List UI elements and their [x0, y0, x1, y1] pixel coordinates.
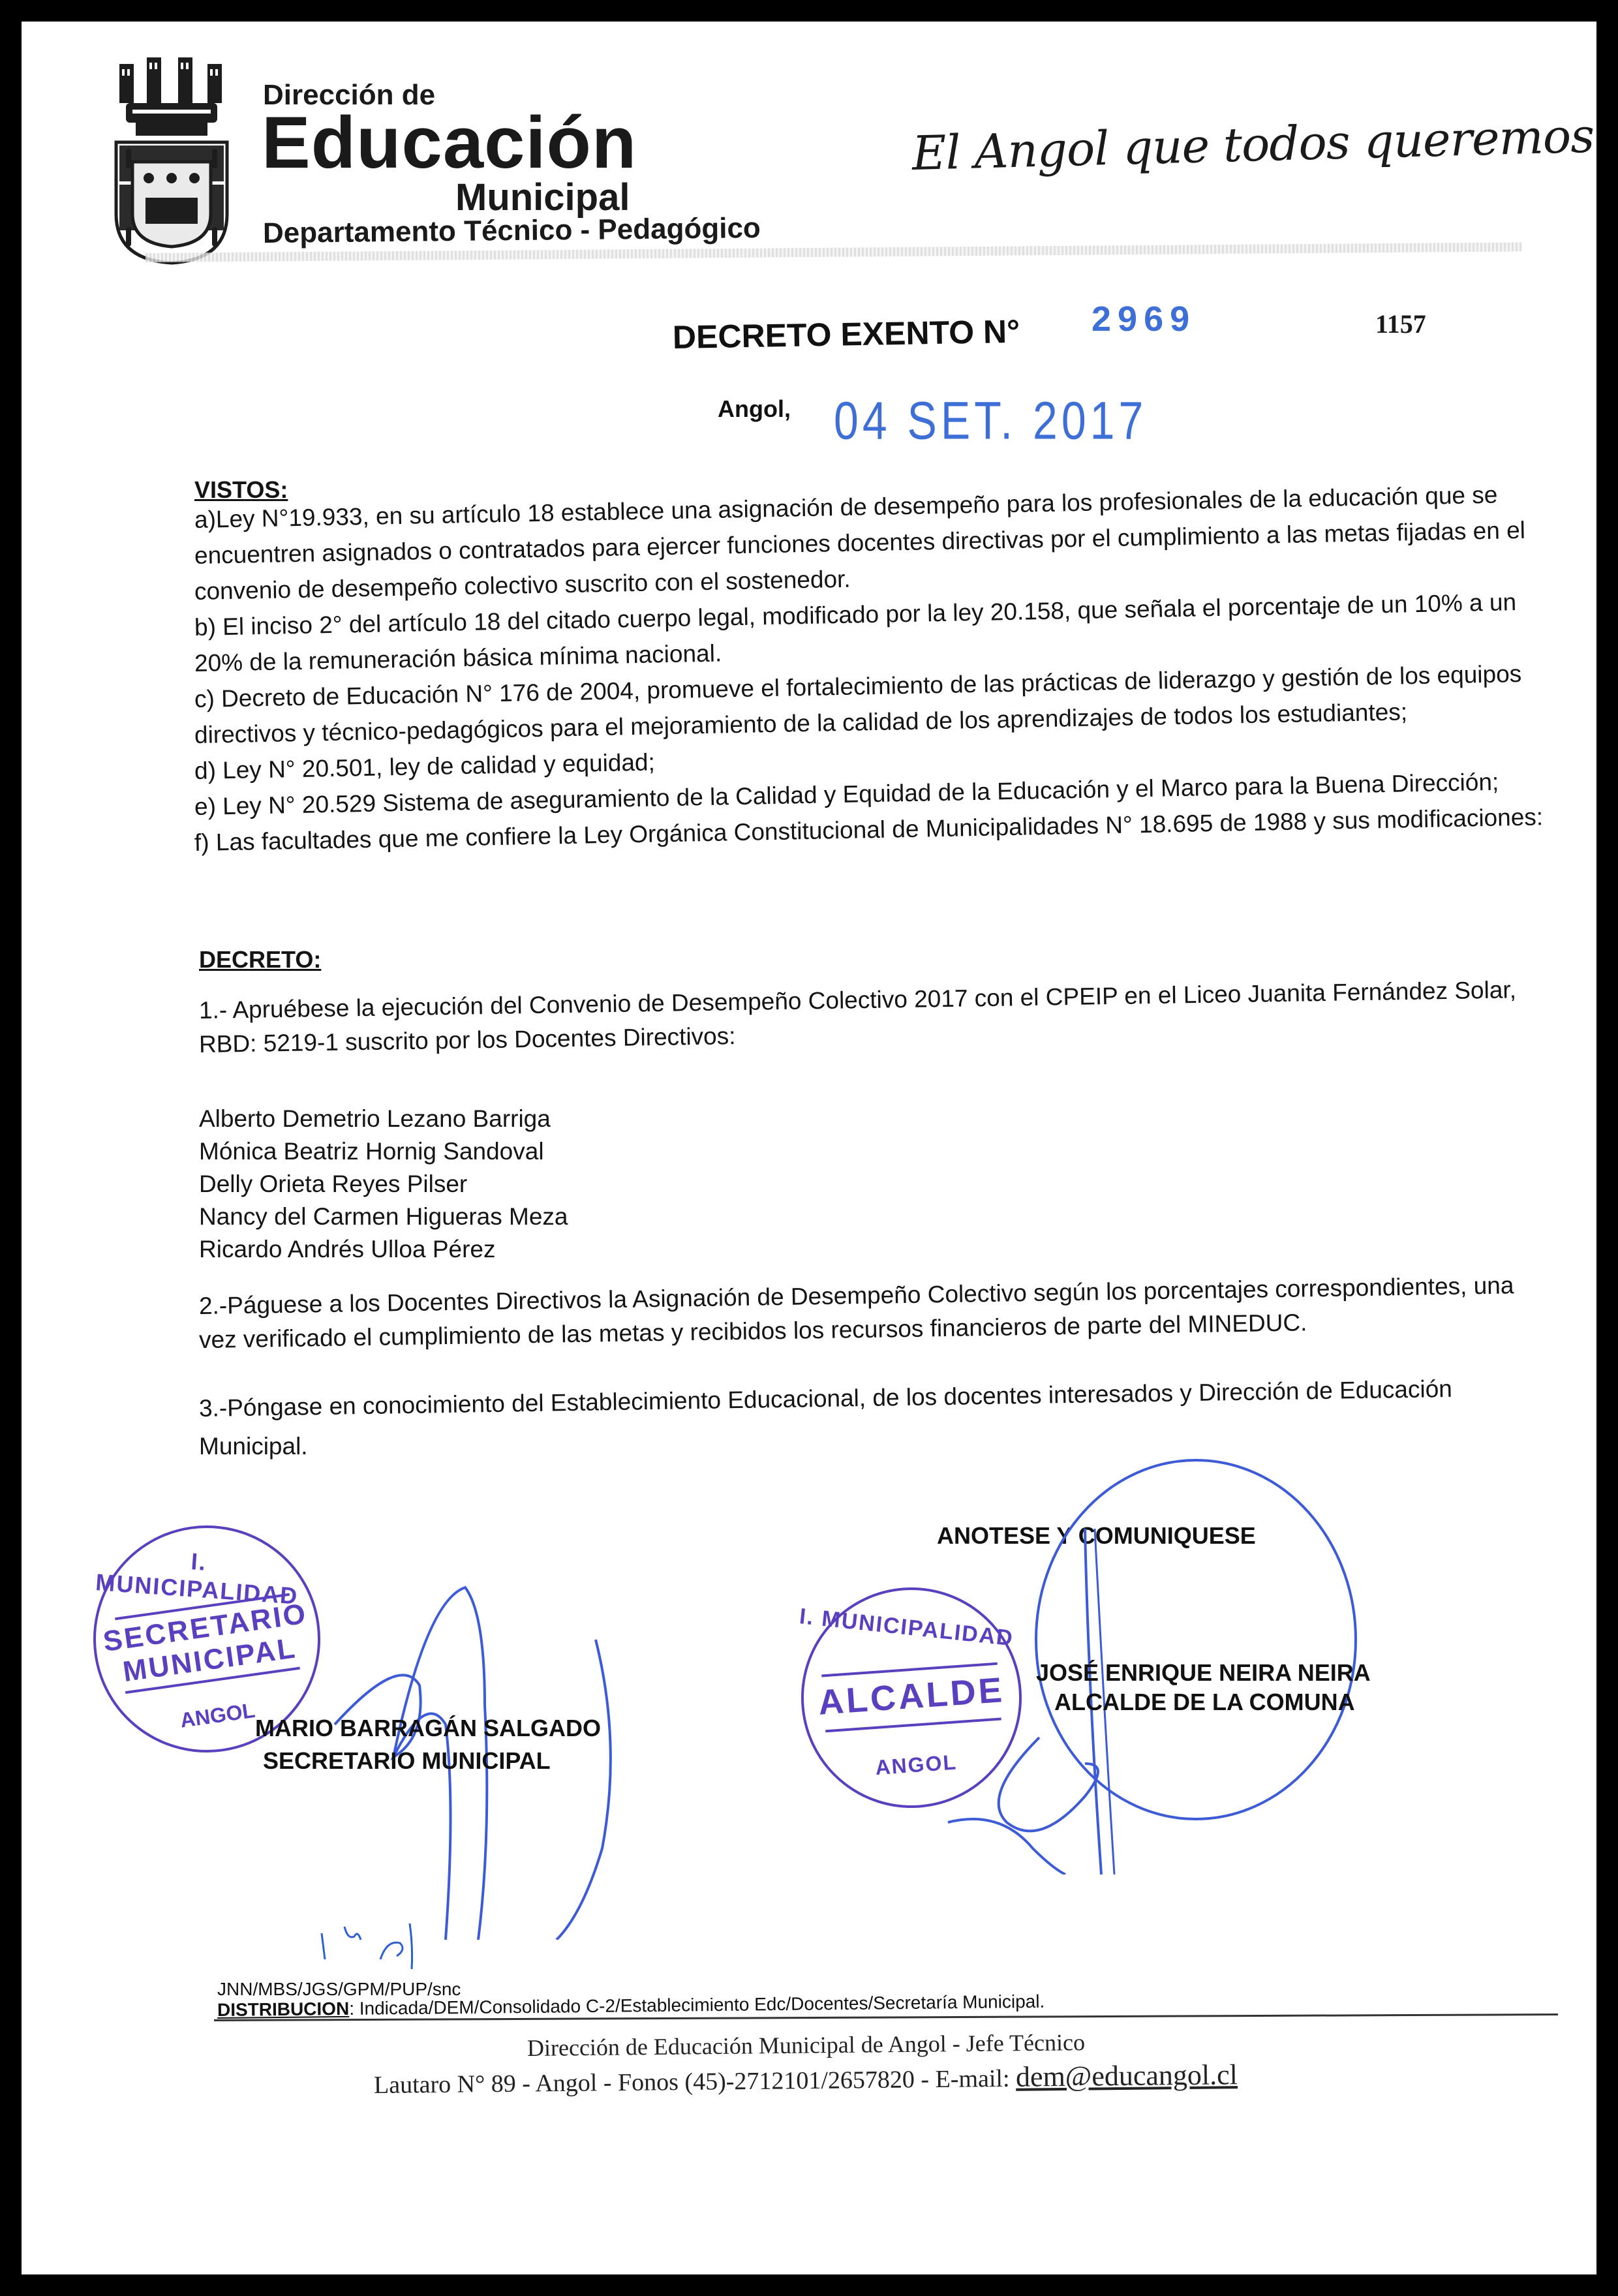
vistos-line: d) Ley N° 20.501, ley de calidad y equid… — [194, 750, 656, 783]
footer-office: Dirección de Educación Municipal de Ango… — [527, 2028, 1085, 2062]
handwritten-initials — [309, 1920, 517, 1972]
mayor-name: JOSÉ ENRIQUE NEIRA NEIRA — [1036, 1659, 1371, 1687]
director-name: Mónica Beatriz Hornig Sandoval — [199, 1139, 544, 1163]
mayor-role: ALCALDE DE LA COMUNA — [1054, 1689, 1355, 1716]
decreto-item3-line: 3.-Póngase en conocimiento del Estableci… — [199, 1377, 1452, 1420]
slogan: El Angol que todos queremos — [911, 108, 1595, 181]
director-name: Nancy del Carmen Higueras Meza — [199, 1204, 568, 1229]
author-initials: JNN/MBS/JGS/GPM/PUP/snc — [217, 1979, 461, 2000]
decreto-item2-line: 2.-Páguese a los Docentes Directivos la … — [199, 1273, 1514, 1318]
decreto-item1-line: 1.- Apruébese la ejecución del Convenio … — [199, 977, 1516, 1022]
department-name: Departamento Técnico - Pedagógico — [263, 212, 761, 250]
director-name: Ricardo Andrés Ulloa Pérez — [199, 1237, 496, 1261]
vistos-heading: VISTOS: — [194, 478, 288, 502]
director-name: Delly Orieta Reyes Pilser — [199, 1172, 467, 1196]
vistos-line: 20% de la remuneración básica mínima nac… — [194, 641, 722, 675]
footer-address: Lautaro N° 89 - Angol - Fonos (45)-27121… — [374, 2058, 1238, 2100]
decree-number-stamp: 2969 — [1091, 299, 1196, 339]
email-link[interactable]: dem@educangol.cl — [1016, 2059, 1238, 2093]
decree-title: DECRETO EXENTO N° — [672, 313, 1020, 356]
secretary-role: SECRETARIO MUNICIPAL — [263, 1747, 551, 1775]
vistos-line: convenio de desempeño colectivo suscrito… — [194, 567, 851, 604]
handwritten-number: 1157 — [1375, 309, 1426, 339]
date-stamp: 04 SET. 2017 — [834, 390, 1147, 452]
municipal-coat-of-arms-icon — [113, 51, 230, 266]
secretary-name: MARIO BARRAGÁN SALGADO — [255, 1715, 601, 1742]
place-label: Angol, — [718, 395, 791, 423]
decreto-heading: DECRETO: — [199, 948, 321, 972]
address-text: Lautaro N° 89 - Angol - Fonos (45)-27121… — [374, 2065, 1016, 2099]
director-name: Alberto Demetrio Lezano Barriga — [199, 1107, 551, 1131]
distribution-label: DISTRIBUCION — [217, 1998, 350, 2020]
org-name-line3: Municipal — [455, 176, 630, 219]
org-name-line2: Educación — [262, 106, 637, 179]
decreto-item3-line: Municipal. — [199, 1434, 308, 1458]
decreto-item1-line: RBD: 5219-1 suscrito por los Docentes Di… — [199, 1024, 736, 1056]
document-page: Dirección de Educación Municipal Departa… — [22, 22, 1596, 2274]
